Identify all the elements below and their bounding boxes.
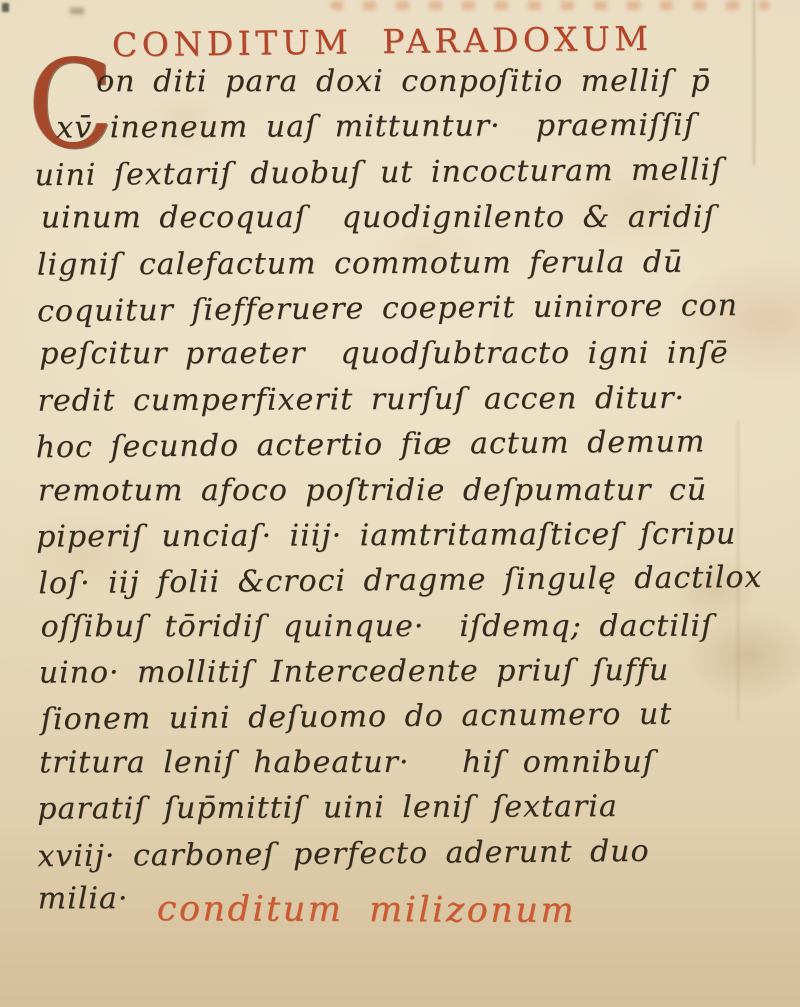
manuscript-line: xviij· carboneſ perfecto aderunt duo xyxy=(37,832,773,884)
manuscript-line: uinum decoquaſ quodignilento & aridiſ xyxy=(35,200,771,246)
manuscript-line: ſionem uini deſuomo do acnumero ut xyxy=(37,696,773,748)
manuscript-line: loſ· iij folii &croci dragme ſingulę dac… xyxy=(36,560,772,612)
manuscript-line: paratiſ ſup̄mittiſ uini leniſ ſextaria xyxy=(37,789,773,838)
manuscript-text-block: on diti para doxi conpoſitio melliſ p̄ x… xyxy=(34,62,774,928)
line-text: milia· xyxy=(38,881,129,916)
manuscript-line: piperiſ unciaſ· iiij· iamtritamaſticeſ ſ… xyxy=(36,516,772,565)
manuscript-line: tritura leniſ habeatur· hiſ omnibuſ xyxy=(37,745,773,791)
manuscript-line: on diti para doxi conpoſitio melliſ p̄ xyxy=(34,64,770,110)
manuscript-line: milia· conditum milizonum xyxy=(38,881,774,927)
rubric-title: CONDITUM PARADOXUM xyxy=(112,19,653,65)
manuscript-line: remotum afoco poſtridie deſpumatur cū xyxy=(36,472,772,518)
manuscript-line: redit cumperfixerit rurſuſ accen ditur· xyxy=(36,380,772,429)
manuscript-line: uino· mollitiſ Intercedente priuſ ſuffu xyxy=(37,652,773,701)
parchment-speck xyxy=(2,3,9,12)
manuscript-line: hoc ſecundo actertio fiæ actum demum xyxy=(36,424,772,476)
closing-rubric: conditum milizonum xyxy=(156,889,575,931)
manuscript-line: xv̄ ineneum uaſ mittuntur· praemiſſiſ xyxy=(34,108,770,157)
manuscript-line: oſſibuſ tōridiſ quinque· iſdemq; dactili… xyxy=(37,608,773,654)
parchment-smudge xyxy=(70,8,84,14)
manuscript-line: coquitur ſiefferuere coeperit uinirore c… xyxy=(35,288,771,340)
manuscript-line: ligniſ calefactum commotum ferula dū xyxy=(35,244,771,293)
manuscript-line: peſcitur praeter quodſubtracto igni inſē xyxy=(35,336,771,382)
manuscript-line: uini ſextariſ duobuſ ut incocturam melli… xyxy=(34,152,770,204)
bleedthrough-marks xyxy=(330,1,770,10)
manuscript-page: CONDITUM PARADOXUM C on diti para doxi c… xyxy=(0,0,800,1007)
